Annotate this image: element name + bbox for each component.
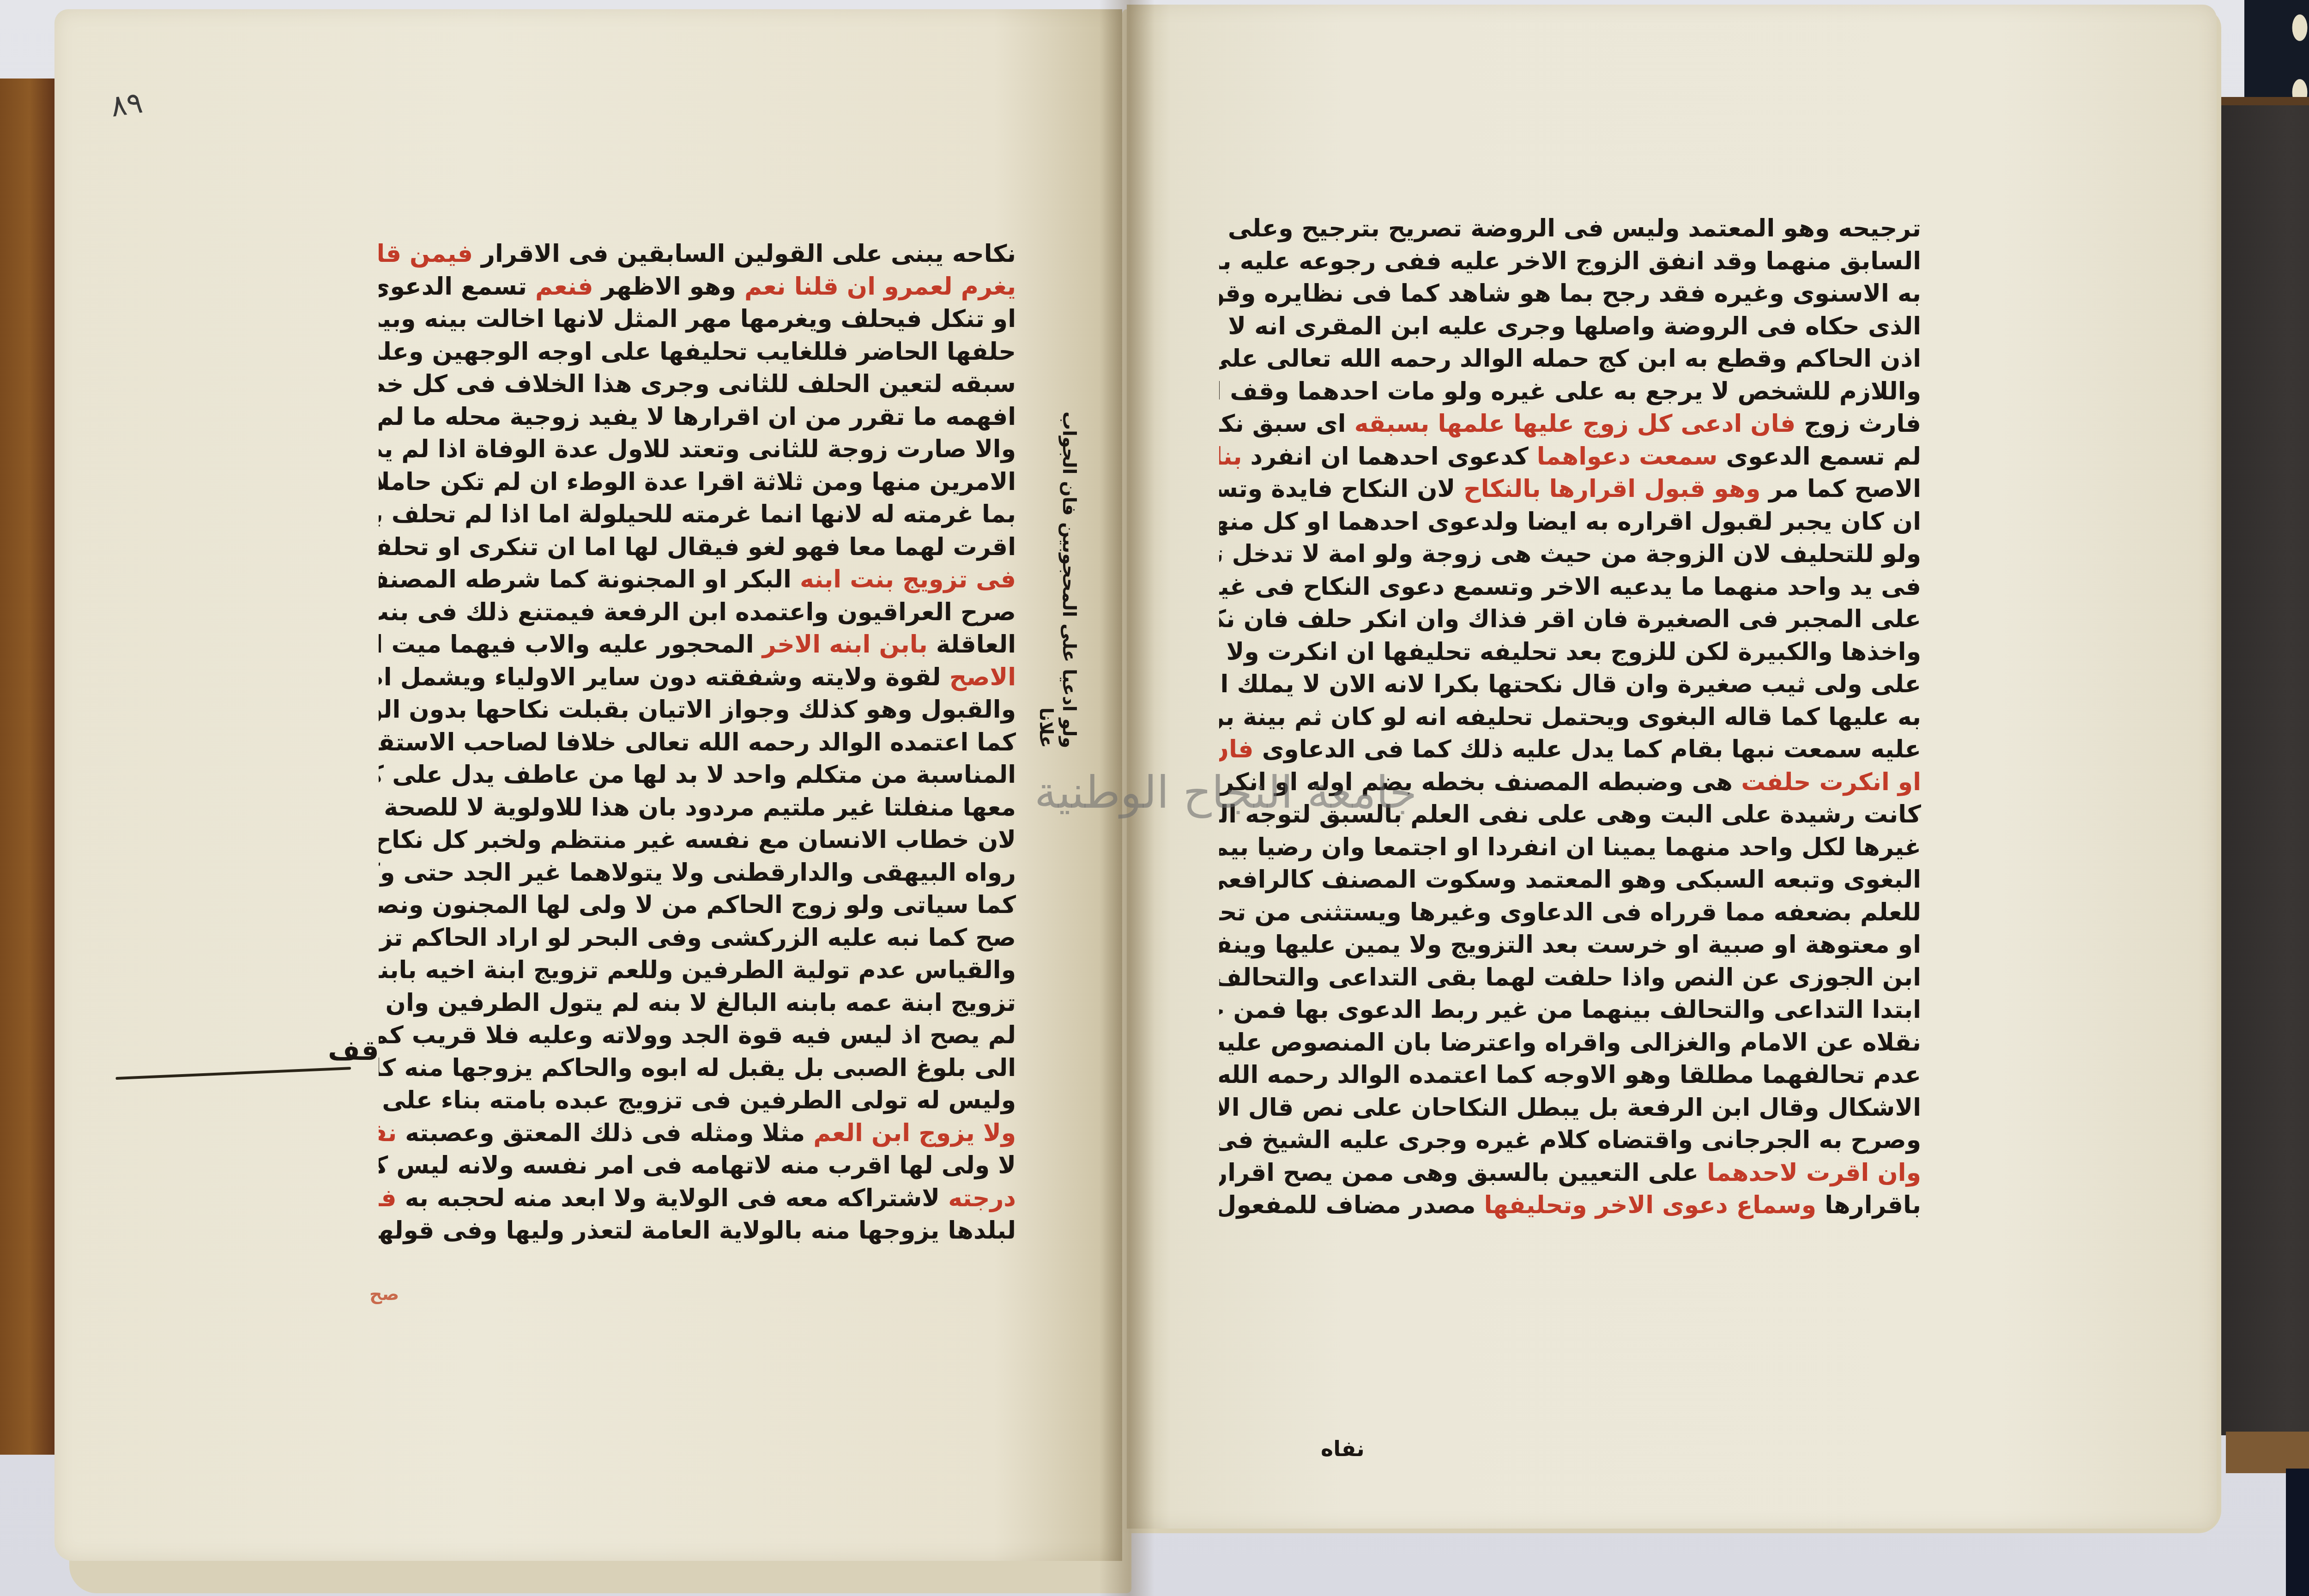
text-line: الاصح لقوة ولايته وشفقته دون ساير الاولي…	[379, 661, 1016, 694]
body-text: ابن الجوزى عن النص واذا حلفت لهما بقى ال…	[1219, 964, 1921, 991]
rubric-text: سمعت دعواهما	[1537, 443, 1718, 471]
text-line: للعلم بضعفه مما قرراه فى الدعاوى وغيرها …	[1219, 896, 1921, 929]
text-line: معها منفلتا غير ملتيم مردود بان هذا للاو…	[379, 792, 1016, 824]
body-text: وصرح به الجرجانى واقتضاه كلام غيره وجرى …	[1219, 1126, 1921, 1154]
body-text: او تنكل فيحلف ويغرمها مهر المثل لانها اخ…	[379, 305, 1016, 333]
body-text: لم يصح اذ ليس فيه قوة الجد وولاته وعليه …	[379, 1022, 1016, 1049]
margin-mark-qif: قف	[328, 1034, 379, 1067]
text-line: ولو للتحليف لان الزوجة من حيث هى زوجة ول…	[1219, 538, 1921, 571]
text-line: نقلاه عن الامام والغزالى واقراه واعترضا …	[1219, 1027, 1921, 1059]
text-line: وصرح به الجرجانى واقتضاه كلام غيره وجرى …	[1219, 1124, 1921, 1157]
text-line: العاقلة بابن ابنه الاخر المحجور عليه وال…	[379, 629, 1016, 661]
text-line: الاصح كما مر وهو قبول اقرارها بالنكاح لا…	[1219, 473, 1921, 506]
text-line: لم تسمع الدعوى سمعت دعواهما كدعوى احدهما…	[1219, 441, 1921, 473]
body-text: للعلم بضعفه مما قرراه فى الدعاوى وغيرها …	[1219, 899, 1921, 926]
body-text: الاشكال وقال ابن الرفعة بل يبطل النكاحان…	[1219, 1094, 1921, 1122]
body-text: غيرها لكل واحد منهما يمينا ان انفردا او …	[1219, 834, 1921, 861]
text-line: كما اعتمده الوالد رحمه الله تعالى خلافا …	[379, 726, 1016, 759]
body-text: صح كما نبه عليه الزركشى وفى البحر لو ارا…	[379, 924, 1016, 952]
text-line: ولا يزوج ابن العم مثلا ومثله فى ذلك المع…	[379, 1117, 1016, 1150]
rubric-text: فان ادعى كل زوج عليها علمها بسبقه	[1354, 410, 1796, 438]
book-cover-right-tab	[2226, 1432, 2309, 1473]
body-text: عليه سمعت نبها بقام كما يدل عليه ذلك كما…	[1254, 736, 1921, 763]
text-line: صرح العراقيون واعتمده ابن الرفعة فيمتنع …	[379, 596, 1016, 629]
rubric-text: نفسه	[379, 1119, 397, 1147]
body-text: فى يد واحد منهما ما يدعيه الاخر وتسمع دع…	[1219, 573, 1921, 601]
body-text: الاصح كما مر	[1760, 475, 1921, 503]
text-line: به الاسنوى وغيره فقد رجح بما هو شاهد كما…	[1219, 278, 1921, 310]
text-line: ابتدا التداعى والتحالف بينهما من غير ربط…	[1219, 994, 1921, 1027]
text-line: افهمه ما تقرر من ان اقرارها لا يفيد زوجي…	[379, 401, 1016, 434]
body-text: المحجور عليه والاب فيهما ميت او ساقط الو…	[379, 631, 762, 659]
text-line: بما غرمته له لانها انما غرمته للحيلولة ا…	[379, 498, 1016, 531]
text-line: درجته لاشتراكه معه فى الولاية ولا ابعد م…	[379, 1182, 1016, 1215]
body-text: لان النكاح فايدة وتسمع ايضا على وليها	[1219, 475, 1463, 503]
text-line: والقبول وهو كذلك وجواز الاتيان بقبلت نكا…	[379, 694, 1016, 726]
margin-note: ولو ادعيا على المحجوبين فان الجواب علانا	[1007, 397, 1081, 748]
body-text: الذى حكاه فى الروضة واصلها وجرى عليه ابن…	[1219, 313, 1921, 340]
text-line: الى بلوغ الصبى بل يقبل له ابوه والحاكم ي…	[379, 1052, 1016, 1085]
body-text: مصدر مضاف للمفعول	[1219, 1191, 1484, 1219]
body-text: حلفها الحاضر فللغايب تحليفها على اوجه ال…	[379, 338, 1016, 366]
text-line: صح كما نبه عليه الزركشى وفى البحر لو ارا…	[379, 922, 1016, 955]
text-line: ان كان يجبر لقبول اقراره به ايضا ولدعوى …	[1219, 506, 1921, 538]
text-line: ترجيحه وهو المعتمد ولیس فى الروضة تصريح …	[1219, 212, 1921, 245]
body-text: نقلاه عن الامام والغزالى واقراه واعترضا …	[1219, 1029, 1921, 1057]
rubric-text: يغرم لعمرو ان قلنا نعم	[744, 273, 1016, 301]
body-text: باقرارها	[1816, 1191, 1921, 1219]
body-text: كما اعتمده الوالد رحمه الله تعالى خلافا …	[379, 729, 1016, 756]
text-line: الامرين منها ومن ثلاثة اقرا عدة الوطء ان…	[379, 466, 1016, 499]
text-line: على ولى ثيب صغيرة وان قال نكحتها بكرا لا…	[1219, 668, 1921, 701]
body-text: كما سياتى ولو زوج الحاكم من لا ولى لها ا…	[379, 891, 1016, 919]
body-text: والا صارت زوجة للثانى وتعتد للاول عدة ال…	[379, 435, 1016, 463]
rubric-text: درجته	[948, 1185, 1016, 1212]
body-text: تسمع الدعوى وله تحليفها رجاء ان تقر	[379, 273, 535, 301]
folio-number: ٨٩	[109, 86, 145, 124]
text-line: عدم تحالفهما مطلقا وهو الاوجه كما اعتمده…	[1219, 1059, 1921, 1092]
body-text: كدعوى احدهما ان انفرد	[1242, 443, 1536, 471]
body-text: رواه البيهقى والدارقطنى ولا يتولاهما غير…	[379, 859, 1016, 887]
text-line: غيرها لكل واحد منهما يمينا ان انفردا او …	[1219, 831, 1921, 864]
book-cover-left	[0, 79, 63, 1455]
rubric-text: ولا يزوج ابن العم	[813, 1119, 1016, 1147]
body-text: اذن الحاكم وقطع به ابن كج حمله الوالد رح…	[1219, 345, 1921, 373]
text-line: به عليها كما قاله البغوى ويحتمل تحليفه ا…	[1219, 701, 1921, 734]
text-line: نكاحه يبنى على القولين السابقين فى الاقر…	[379, 238, 1016, 271]
text-line: وان اقرت لاحدهما على التعيين بالسبق وهى …	[1219, 1157, 1921, 1190]
body-text: صرح العراقيون واعتمده ابن الرفعة فيمتنع …	[379, 598, 1016, 626]
rubric-text: فى تزويج بنت ابنه	[800, 566, 1016, 593]
text-line: فى تزويج بنت ابنه البكر او المجنونة كما …	[379, 563, 1016, 596]
text-line: وليس له تولى الطرفين فى تزويج عبده بامته…	[379, 1084, 1016, 1117]
text-line: واللازم للشخص لا يرجع به على غيره ولو ما…	[1219, 375, 1921, 408]
rubric-text: فان فقد	[379, 1185, 397, 1212]
text-line: سبقه لتعين الحلف للثانى وجرى هذا الخلاف …	[379, 368, 1016, 401]
body-text: به الاسنوى وغيره فقد رجح بما هو شاهد كما…	[1219, 280, 1921, 308]
body-text: نكاحه يبنى على القولين السابقين فى الاقر…	[473, 240, 1016, 268]
text-line: حلفها الحاضر فللغايب تحليفها على اوجه ال…	[379, 336, 1016, 369]
text-line: الاشكال وقال ابن الرفعة بل يبطل النكاحان…	[1219, 1092, 1921, 1124]
body-text: المناسبة من متكلم واحد لا بد لها من عاطف…	[379, 761, 1016, 789]
body-text: تزويج ابنة عمه بابنه البالغ لا بنه لم يت…	[379, 989, 1016, 1017]
text-line: تزويج ابنة عمه بابنه البالغ لا بنه لم يت…	[379, 987, 1016, 1020]
rubric-text: او انكرت حلفت	[1741, 768, 1921, 796]
text-line: او معتوهة او صبية او خرست بعد التزويج ول…	[1219, 929, 1921, 961]
body-text: فارث زوج	[1795, 410, 1921, 438]
body-text: والقياس عدم تولية الطرفين وللعم تزويج اب…	[379, 956, 1016, 984]
body-text: ولو للتحليف لان الزوجة من حيث هى زوجة ول…	[1219, 540, 1921, 568]
text-line: فى يد واحد منهما ما يدعيه الاخر وتسمع دع…	[1219, 571, 1921, 604]
text-line: ابن الجوزى عن النص واذا حلفت لهما بقى ال…	[1219, 961, 1921, 994]
rubric-text: وسماع دعوى الاخر وتحليفها	[1484, 1191, 1817, 1219]
text-line: والا صارت زوجة للثانى وتعتد للاول عدة ال…	[379, 433, 1016, 466]
text-line: البغوى وتبعه السبكى وهو المعتمد وسكوت ال…	[1219, 864, 1921, 896]
body-text: ان كان يجبر لقبول اقراره به ايضا ولدعوى …	[1219, 508, 1921, 536]
body-text: لبلدها يزوجها منه بالولاية العامة لتعذر …	[379, 1217, 1016, 1245]
body-text: وليس له تولى الطرفين فى تزويج عبده بامته…	[379, 1087, 1016, 1114]
text-line: اقرت لهما معا فهو لغو فيقال لها اما ان ت…	[379, 531, 1016, 564]
watermark: جامعة النجاح الوطنية	[1034, 767, 1417, 818]
left-page-text: نكاحه يبنى على القولين السابقين فى الاقر…	[379, 238, 1016, 1247]
rubric-text: بابن ابنه الاخر	[762, 631, 928, 659]
right-page-text: ترجيحه وهو المعتمد ولیس فى الروضة تصريح …	[1219, 212, 1921, 1222]
rubric-text: وهو قبول اقرارها بالنكاح	[1463, 475, 1760, 503]
body-text: ابتدا التداعى والتحالف بينهما من غير ربط…	[1219, 996, 1921, 1024]
body-text: لقوة ولايته وشفقته دون ساير الاولياء ويش…	[379, 664, 949, 691]
text-line: رواه البيهقى والدارقطنى ولا يتولاهما غير…	[379, 857, 1016, 889]
text-line: والقياس عدم تولية الطرفين وللعم تزويج اب…	[379, 954, 1016, 987]
text-line: على المجبر فى الصغيرة فان اقر فذاك وان ا…	[1219, 603, 1921, 636]
rubric-text: فنعم	[535, 273, 593, 301]
book-cover-right	[2217, 97, 2309, 1435]
body-text: الى بلوغ الصبى بل يقبل له ابوه والحاكم ي…	[379, 1054, 1016, 1082]
text-line: لم يصح اذ ليس فيه قوة الجد وولاته وعليه …	[379, 1019, 1016, 1052]
body-text: بما غرمته له لانها انما غرمته للحيلولة ا…	[379, 501, 1016, 528]
body-text: واخذها والكبيرة لكن للزوج بعد تحليفه تحل…	[1219, 638, 1921, 666]
body-text: او معتوهة او صبية او خرست بعد التزويج ول…	[1219, 931, 1921, 959]
text-line: واخذها والكبيرة لكن للزوج بعد تحليفه تحل…	[1219, 636, 1921, 669]
text-line: لا ولى لها اقرب منه لاتهامه فى امر نفسه …	[379, 1149, 1016, 1182]
rubric-text: الاصح	[949, 664, 1016, 691]
text-line: يغرم لعمرو ان قلنا نعم وهو الاظهر فنعم ت…	[379, 271, 1016, 303]
body-text: اى سبق نكاحه على التعيين ولا	[1219, 410, 1354, 438]
body-text: على التعيين بالسبق وهى ممن يصح اقرارها	[1219, 1159, 1707, 1187]
rubric-text: وان اقرت لاحدهما	[1707, 1159, 1921, 1187]
body-text: السابق منهما وقد انفق الزوج الاخر عليه ف…	[1219, 248, 1921, 275]
body-text: سبقه لتعين الحلف للثانى وجرى هذا الخلاف …	[379, 370, 1016, 398]
body-text: على المجبر فى الصغيرة فان اقر فذاك وان ا…	[1219, 605, 1921, 633]
body-text: العاقلة	[928, 631, 1016, 659]
body-text: البكر او المجنونة كما شرطه المصنف بعلم ا…	[379, 566, 800, 593]
text-line: لبلدها يزوجها منه بالولاية العامة لتعذر …	[379, 1215, 1016, 1247]
body-text: عدم تحالفهما مطلقا وهو الاوجه كما اعتمده…	[1219, 1061, 1921, 1089]
margin-mark-sah: صح	[369, 1284, 399, 1304]
text-line: لان خطاب الانسان مع نفسه غير منتظم ولخبر…	[379, 824, 1016, 857]
catchword: نفاه	[1321, 1436, 1365, 1461]
body-text: لا ولى لها اقرب منه لاتهامه فى امر نفسه …	[379, 1152, 1016, 1179]
text-line: السابق منهما وقد انفق الزوج الاخر عليه ف…	[1219, 245, 1921, 278]
text-line: باقرارها وسماع دعوى الاخر وتحليفها مصدر …	[1219, 1189, 1921, 1222]
text-line: عليه سمعت نبها بقام كما يدل عليه ذلك كما…	[1219, 733, 1921, 766]
text-line: او تنكل فيحلف ويغرمها مهر المثل لانها اخ…	[379, 303, 1016, 336]
text-line: الذى حكاه فى الروضة واصلها وجرى عليه ابن…	[1219, 310, 1921, 343]
rubric-text: بناء على الجديد	[1219, 443, 1242, 471]
body-text: واللازم للشخص لا يرجع به على غيره ولو ما…	[1219, 378, 1921, 405]
rubric-text: فيمن قال هذا لزيد بل لعمرو هل	[379, 240, 473, 268]
body-text: على ولى ثيب صغيرة وان قال نكحتها بكرا لا…	[1219, 671, 1921, 698]
body-text: البغوى وتبعه السبكى وهو المعتمد وسكوت ال…	[1219, 866, 1921, 894]
text-line: فارث زوج فان ادعى كل زوج عليها علمها بسب…	[1219, 408, 1921, 441]
shelf-rack-bottom	[2286, 1469, 2309, 1596]
body-text: لم تسمع الدعوى	[1717, 443, 1921, 471]
body-text: وهو الاظهر	[593, 273, 744, 301]
text-line: كما سياتى ولو زوج الحاكم من لا ولى لها ا…	[379, 889, 1016, 922]
rubric-text: فان	[1219, 736, 1254, 763]
body-text: اقرت لهما معا فهو لغو فيقال لها اما ان ت…	[379, 533, 1016, 561]
body-text: ترجيحه وهو المعتمد ولیس فى الروضة تصريح …	[1219, 215, 1921, 242]
text-line: المناسبة من متكلم واحد لا بد لها من عاطف…	[379, 759, 1016, 792]
body-text: به عليها كما قاله البغوى ويحتمل تحليفه ا…	[1219, 703, 1921, 731]
body-text: افهمه ما تقرر من ان اقرارها لا يفيد زوجي…	[379, 403, 1016, 431]
body-text: لان خطاب الانسان مع نفسه غير منتظم ولخبر…	[379, 826, 1016, 854]
text-line: اذن الحاكم وقطع به ابن كج حمله الوالد رح…	[1219, 343, 1921, 375]
body-text: لاشتراكه معه فى الولاية ولا ابعد منه لحج…	[397, 1185, 949, 1212]
body-text: معها منفلتا غير ملتيم مردود بان هذا للاو…	[379, 794, 1016, 822]
body-text: مثلا ومثله فى ذلك المعتق وعصبته	[397, 1119, 813, 1147]
body-text: الامرين منها ومن ثلاثة اقرا عدة الوطء ان…	[379, 468, 1016, 496]
body-text: والقبول وهو كذلك وجواز الاتيان بقبلت نكا…	[379, 696, 1016, 724]
